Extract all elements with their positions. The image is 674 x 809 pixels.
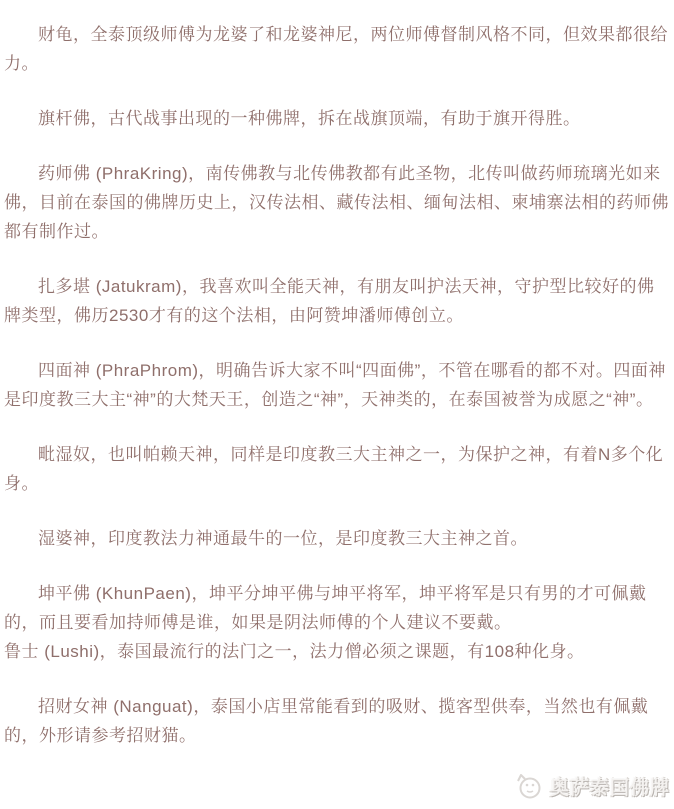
paragraph-flagpole-buddha: 旗杆佛，古代战事出现的一种佛牌，拆在战旗顶端，有助于旗开得胜。 bbox=[4, 104, 670, 133]
paragraph-phraphrom: 四面神 (PhraPhrom)，明确告诉大家不叫“四面佛”，不管在哪看的都不对。… bbox=[4, 356, 670, 414]
paragraph-khunpaen: 坤平佛 (KhunPaen)，坤平分坤平佛与坤平将军，坤平将军是只有男的才可佩戴… bbox=[4, 579, 670, 637]
paragraph-shiva: 湿婆神，印度教法力神通最牛的一位，是印度教三大主神之首。 bbox=[4, 524, 670, 553]
paragraph-nanguat: 招财女神 (Nanguat)，泰国小店里常能看到的吸财、揽客型供奉，当然也有佩戴… bbox=[4, 692, 670, 750]
watermark-label: 奥萨泰国佛牌 bbox=[550, 773, 670, 800]
paragraph-phrakring: 药师佛 (PhraKring)，南传佛教与北传佛教都有此圣物，北传叫做药师琉璃光… bbox=[4, 159, 670, 246]
paragraph-vishnu: 毗湿奴，也叫帕赖天神，同样是印度教三大主神之一，为保护之神，有着N多个化身。 bbox=[4, 440, 670, 498]
cat-logo-icon bbox=[513, 771, 543, 801]
paragraph-money-turtle: 财龟，全泰顶级师傅为龙婆了和龙婆神尼，两位师傅督制风格不同，但效果都很给力。 bbox=[4, 20, 670, 78]
page: { "page": { "background": "#ffffff", "te… bbox=[0, 0, 674, 809]
article-body: 财龟，全泰顶级师傅为龙婆了和龙婆神尼，两位师傅督制风格不同，但效果都很给力。 旗… bbox=[0, 0, 674, 750]
paragraph-lushi: 鲁士 (Lushi)，泰国最流行的法门之一，法力僧必须之课题，有108种化身。 bbox=[4, 637, 670, 666]
watermark: 奥萨泰国佛牌 bbox=[513, 771, 670, 801]
paragraph-jatukram: 扎多堪 (Jatukram)，我喜欢叫全能天神，有朋友叫护法天神，守护型比较好的… bbox=[4, 272, 670, 330]
